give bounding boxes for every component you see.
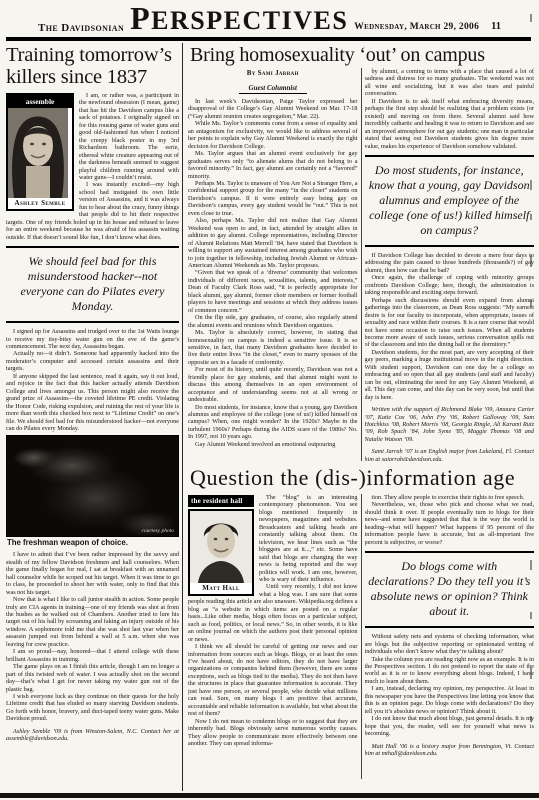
- scan-artifact: [530, 716, 532, 722]
- assassins-author-note: Ashley Semble ’09 is from Winston-Salem,…: [6, 728, 179, 743]
- matt-photo-label: Matt Hall: [190, 583, 252, 594]
- scan-artifact: [530, 255, 532, 267]
- scan-artifact: [530, 14, 532, 22]
- article-paragraph: Ms. Taylor argues that an alumni event e…: [188, 150, 358, 180]
- gay-alumni-headline: Bring homosexuality ‘out’ on campus: [190, 43, 534, 67]
- article-paragraph: Davidson students, for the most part, ar…: [365, 349, 535, 401]
- resident-hall-banner: the resident hall: [188, 495, 254, 507]
- article-paragraph: Now I do not mean to condemn blogs or to…: [188, 718, 358, 748]
- article-paragraph: For most of its history, until quite rec…: [188, 366, 358, 403]
- article-paragraph: Take the column you are reading right no…: [365, 656, 535, 686]
- article-paragraph: Perhaps Ms. Taylor is unaware of You Are…: [188, 180, 358, 217]
- article-paragraph: Gay Alumni Weekend involved an emotional…: [188, 441, 358, 448]
- article-paragraph: Without safety nets and systems of check…: [365, 633, 535, 655]
- byline-role: Guest Columnist: [239, 84, 307, 94]
- article-paragraph: If Davidson College has decided to devot…: [365, 252, 535, 274]
- article-paragraph: Once again, the challenge of coping with…: [365, 274, 535, 296]
- assassins-headline: Training tomorrow’s killers since 1837: [6, 44, 179, 88]
- article-paragraph: I think we all should be careful of gett…: [188, 643, 358, 718]
- article-gay-alumni: Bring homosexuality ‘out’ on campus By S…: [188, 43, 534, 461]
- article-paragraph: If Davidson is to ask itself what embrac…: [365, 98, 535, 150]
- matt-portrait-illustration: [190, 511, 252, 583]
- scan-artifact: [530, 560, 532, 570]
- article-paragraph: If anyone skipped the last sentence, rea…: [6, 373, 179, 433]
- article-paragraph: tion. They allow people to exercise thei…: [365, 494, 535, 501]
- article-paragraph: Actually no—it didn’t. Someone had appar…: [6, 350, 179, 372]
- page-number: 11: [491, 21, 501, 32]
- watergun-caption: The freshman weapon of choice.: [7, 538, 179, 547]
- article-paragraph: I have to admit that I’ve been rather im…: [6, 551, 179, 596]
- blogs-author-note: Matt Hall ’06 is a history major from Be…: [365, 743, 535, 758]
- issue-date: Wednesday, March 29, 2006: [354, 22, 479, 32]
- right-area: Bring homosexuality ‘out’ on campus By S…: [186, 43, 534, 791]
- article-paragraph: Do most students, for instance, know tha…: [188, 404, 358, 441]
- article-paragraph: I signed up for Assassins and trudged ov…: [6, 328, 179, 350]
- scan-artifact: [530, 214, 532, 220]
- article-blogs: Question the (dis-)information age the r…: [188, 465, 534, 779]
- article-assassins: Training tomorrow’s killers since 1837 a…: [6, 43, 182, 791]
- assemble-banner: assemble: [8, 95, 72, 108]
- page-content: Training tomorrow’s killers since 1837 a…: [0, 41, 539, 791]
- article-paragraph: Nevertheless, we, those who pick and cho…: [365, 501, 535, 546]
- article-paragraph: Now that is what I like to call junior s…: [6, 596, 179, 648]
- masthead: The Davidsonian PERSPECTIVES Wednesday, …: [0, 0, 539, 36]
- gay-alumni-col2: by alumni, a coming to terms with a plac…: [365, 68, 535, 461]
- contributors-note: Written with the support of Richmond Bla…: [365, 406, 535, 443]
- blogs-pull-quote: Do blogs come with declarations? Do they…: [365, 551, 535, 628]
- ashley-portrait-illustration: [8, 108, 68, 198]
- gay-alumni-pull-quote: Do most students, for instance, know tha…: [365, 155, 535, 247]
- article-paragraph: by alumni, a coming to terms with a plac…: [365, 68, 535, 98]
- article-paragraph: I wish everyone luck as they continue on…: [6, 693, 179, 723]
- gay-alumni-byline: By Sami Jarrah Guest Columnist: [188, 69, 358, 95]
- blogs-col1: the resident hall: [188, 494, 358, 779]
- article-paragraph: Ms. Taylor is absolutely correct, howeve…: [188, 329, 358, 366]
- newspaper-page: The Davidsonian PERSPECTIVES Wednesday, …: [0, 0, 539, 800]
- article-paragraph: I do not know that much about blogs, jus…: [365, 715, 535, 737]
- article-paragraph: On the flip side, gay graduates, of cour…: [188, 314, 358, 329]
- assassins-pull-quote: We should feel bad for this misunderstoo…: [6, 246, 179, 323]
- article-paragraph: “Given that we speak of a ‘diverse’ comm…: [188, 269, 358, 314]
- ashley-photo: assemble Ashley Semble: [6, 93, 74, 211]
- scan-artifact: [530, 612, 532, 619]
- column-divider: [361, 494, 362, 779]
- column-divider: [361, 68, 362, 461]
- blogs-headline: Question the (dis-)information age: [190, 465, 534, 491]
- article-paragraph: Perhaps such discussions should even exp…: [365, 297, 535, 349]
- article-paragraph: While Ms. Taylor’s comments come from a …: [188, 120, 358, 150]
- article-paragraph: I am so proud—nay, honored—that I attend…: [6, 648, 179, 663]
- ashley-photo-label: Ashley Semble: [8, 198, 72, 209]
- byline-author: By Sami Jarrah: [188, 69, 358, 77]
- article-paragraph: The game plays on as I finish this artic…: [6, 663, 179, 693]
- scan-artifact: [530, 180, 532, 190]
- courtesy-photo-credit: courtesy photo: [141, 528, 174, 534]
- article-paragraph: In last week’s Davidsonian, Paige Taylor…: [188, 98, 358, 120]
- gay-alumni-col1: By Sami Jarrah Guest Columnist In last w…: [188, 68, 358, 461]
- article-paragraph: Also, perhaps Ms. Taylor did not realize…: [188, 217, 358, 269]
- scan-artifact: [530, 668, 532, 679]
- column-divider: [182, 43, 183, 791]
- section-title: PERSPECTIVES: [130, 5, 348, 34]
- issue-info: Wednesday, March 29, 200611: [354, 16, 501, 34]
- matt-photo: the resident hall: [188, 495, 254, 596]
- gay-alumni-author-note: Sami Jarrah ’07 is an English major from…: [365, 448, 535, 461]
- blogs-col2: tion. They allow people to exercise thei…: [365, 494, 535, 779]
- paper-name: The Davidsonian: [38, 22, 124, 34]
- watergun-photo: courtesy photo: [6, 435, 179, 537]
- article-paragraph: I am, instead, declaring my opinion, my …: [365, 685, 535, 715]
- scan-artifact: [530, 300, 532, 307]
- page-bottom-rule: [0, 793, 539, 798]
